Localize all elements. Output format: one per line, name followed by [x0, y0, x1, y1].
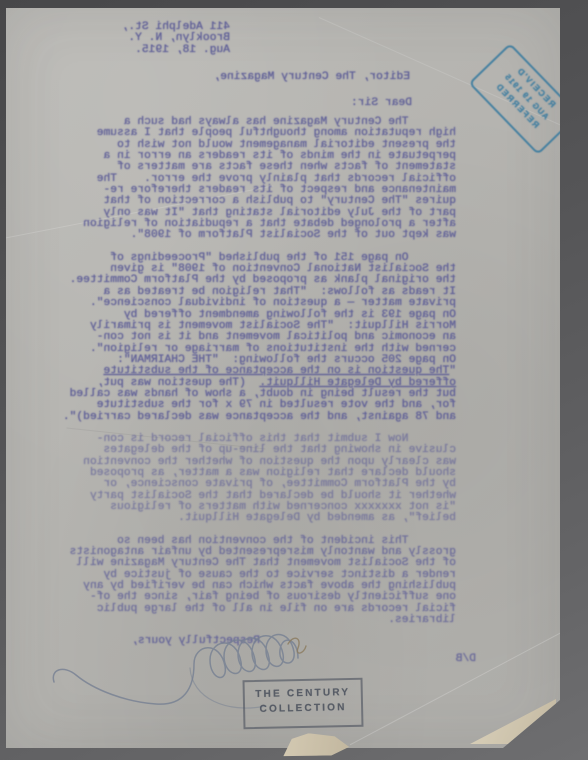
letter-text: and 78 against, and the acceptance was d… [63, 411, 456, 423]
letter-line: and 78 against, and the acceptance was d… [36, 412, 456, 423]
letter-line: was kept out of the Socialist Platform o… [36, 230, 456, 241]
typist-initials: D/B [456, 654, 476, 665]
letter-text: On page 193 is the following amendment o… [124, 309, 456, 321]
received-date-stamp: RECEIV'D AUG 19 1915 REFERRED [468, 43, 579, 155]
letter-text: The question is on the acceptance of the… [103, 365, 449, 377]
letter-text: (The question was put, [97, 377, 260, 389]
letter-body: The Century Magazine has always had such… [36, 117, 456, 637]
century-collection-stamp: THE CENTURY COLLECTION [243, 678, 364, 730]
letter-text: ficial records are on file in all of the… [97, 603, 456, 615]
letter-text: official records that plainly prove the … [97, 173, 456, 185]
paragraph: Now I submit that this official record i… [36, 434, 456, 525]
paragraph: On page 151 of the published "Proceeding… [36, 253, 456, 423]
letter-text: quires "The Century" to publish a correc… [103, 195, 456, 207]
letter-text: cerned with the institutions of marriage… [90, 343, 456, 355]
salutation: Dear Sir: [351, 98, 412, 109]
letter-text: of the Socialist movement that The Centu… [76, 557, 456, 569]
letter-text: This incident of the convention has been… [117, 535, 456, 547]
letter-text: belief", as amended by Delegate Hillquit… [178, 512, 456, 524]
signature-stroke [288, 638, 306, 653]
letter-text: by the Platform Committee, of private co… [103, 478, 456, 490]
letter-text: clusive in showing that the line-up of t… [103, 444, 456, 456]
letter-text: offered by Delegate Hillquit. [259, 377, 456, 389]
letter-text: for, and the vote resulted in 79 x for t… [97, 399, 456, 411]
letter-text: It reads as follows: "That religion be t… [103, 286, 456, 298]
letter-text: part of the July editorial stating that … [103, 207, 456, 219]
letter-text: was kept out of the Socialist Platform o… [131, 229, 456, 241]
letter-text: was clearly upon the question of whether… [83, 456, 456, 468]
letter-text: libraries. [388, 614, 456, 626]
letter-text: On page 151 of the published "Proceeding… [110, 252, 456, 264]
letter-text: the present editorial management would n… [117, 139, 456, 151]
scanned-letter-page: { "colors":{ "ink":"#5d5d97", "pencil":"… [0, 0, 588, 760]
letter-text: the original plank as proposed by the Pl… [70, 274, 456, 286]
letter-text: an economic and political movement and i… [97, 331, 456, 343]
collection-stamp-line: COLLECTION [245, 700, 361, 717]
letter-text: " [449, 365, 456, 377]
letter-text: render a distinct service to the cause o… [103, 569, 456, 581]
paragraph: This incident of the convention has been… [36, 536, 456, 627]
recipient-line: Editor, The Century Magazine, [213, 72, 410, 83]
letter-text: one sufficiently desirous of being fair,… [90, 591, 456, 603]
address-line: Brooklyn, N. Y. [122, 33, 230, 44]
letter-text: whether it should be declared that the S… [90, 490, 456, 502]
letter-line: belief", as amended by Delegate Hillquit… [36, 513, 456, 524]
letter-text: statement of facts when these facts are … [117, 161, 456, 173]
address-line: Aug. 18, 1915. [122, 45, 230, 56]
paragraph: The Century Magazine has always had such… [36, 117, 456, 242]
letter-text: high reputation among thoughtful people … [97, 127, 456, 139]
letter-text: private matter — a question of individua… [90, 297, 456, 309]
address-block: 411 Adelphi St., Brooklyn, N. Y. Aug. 18… [122, 22, 230, 56]
